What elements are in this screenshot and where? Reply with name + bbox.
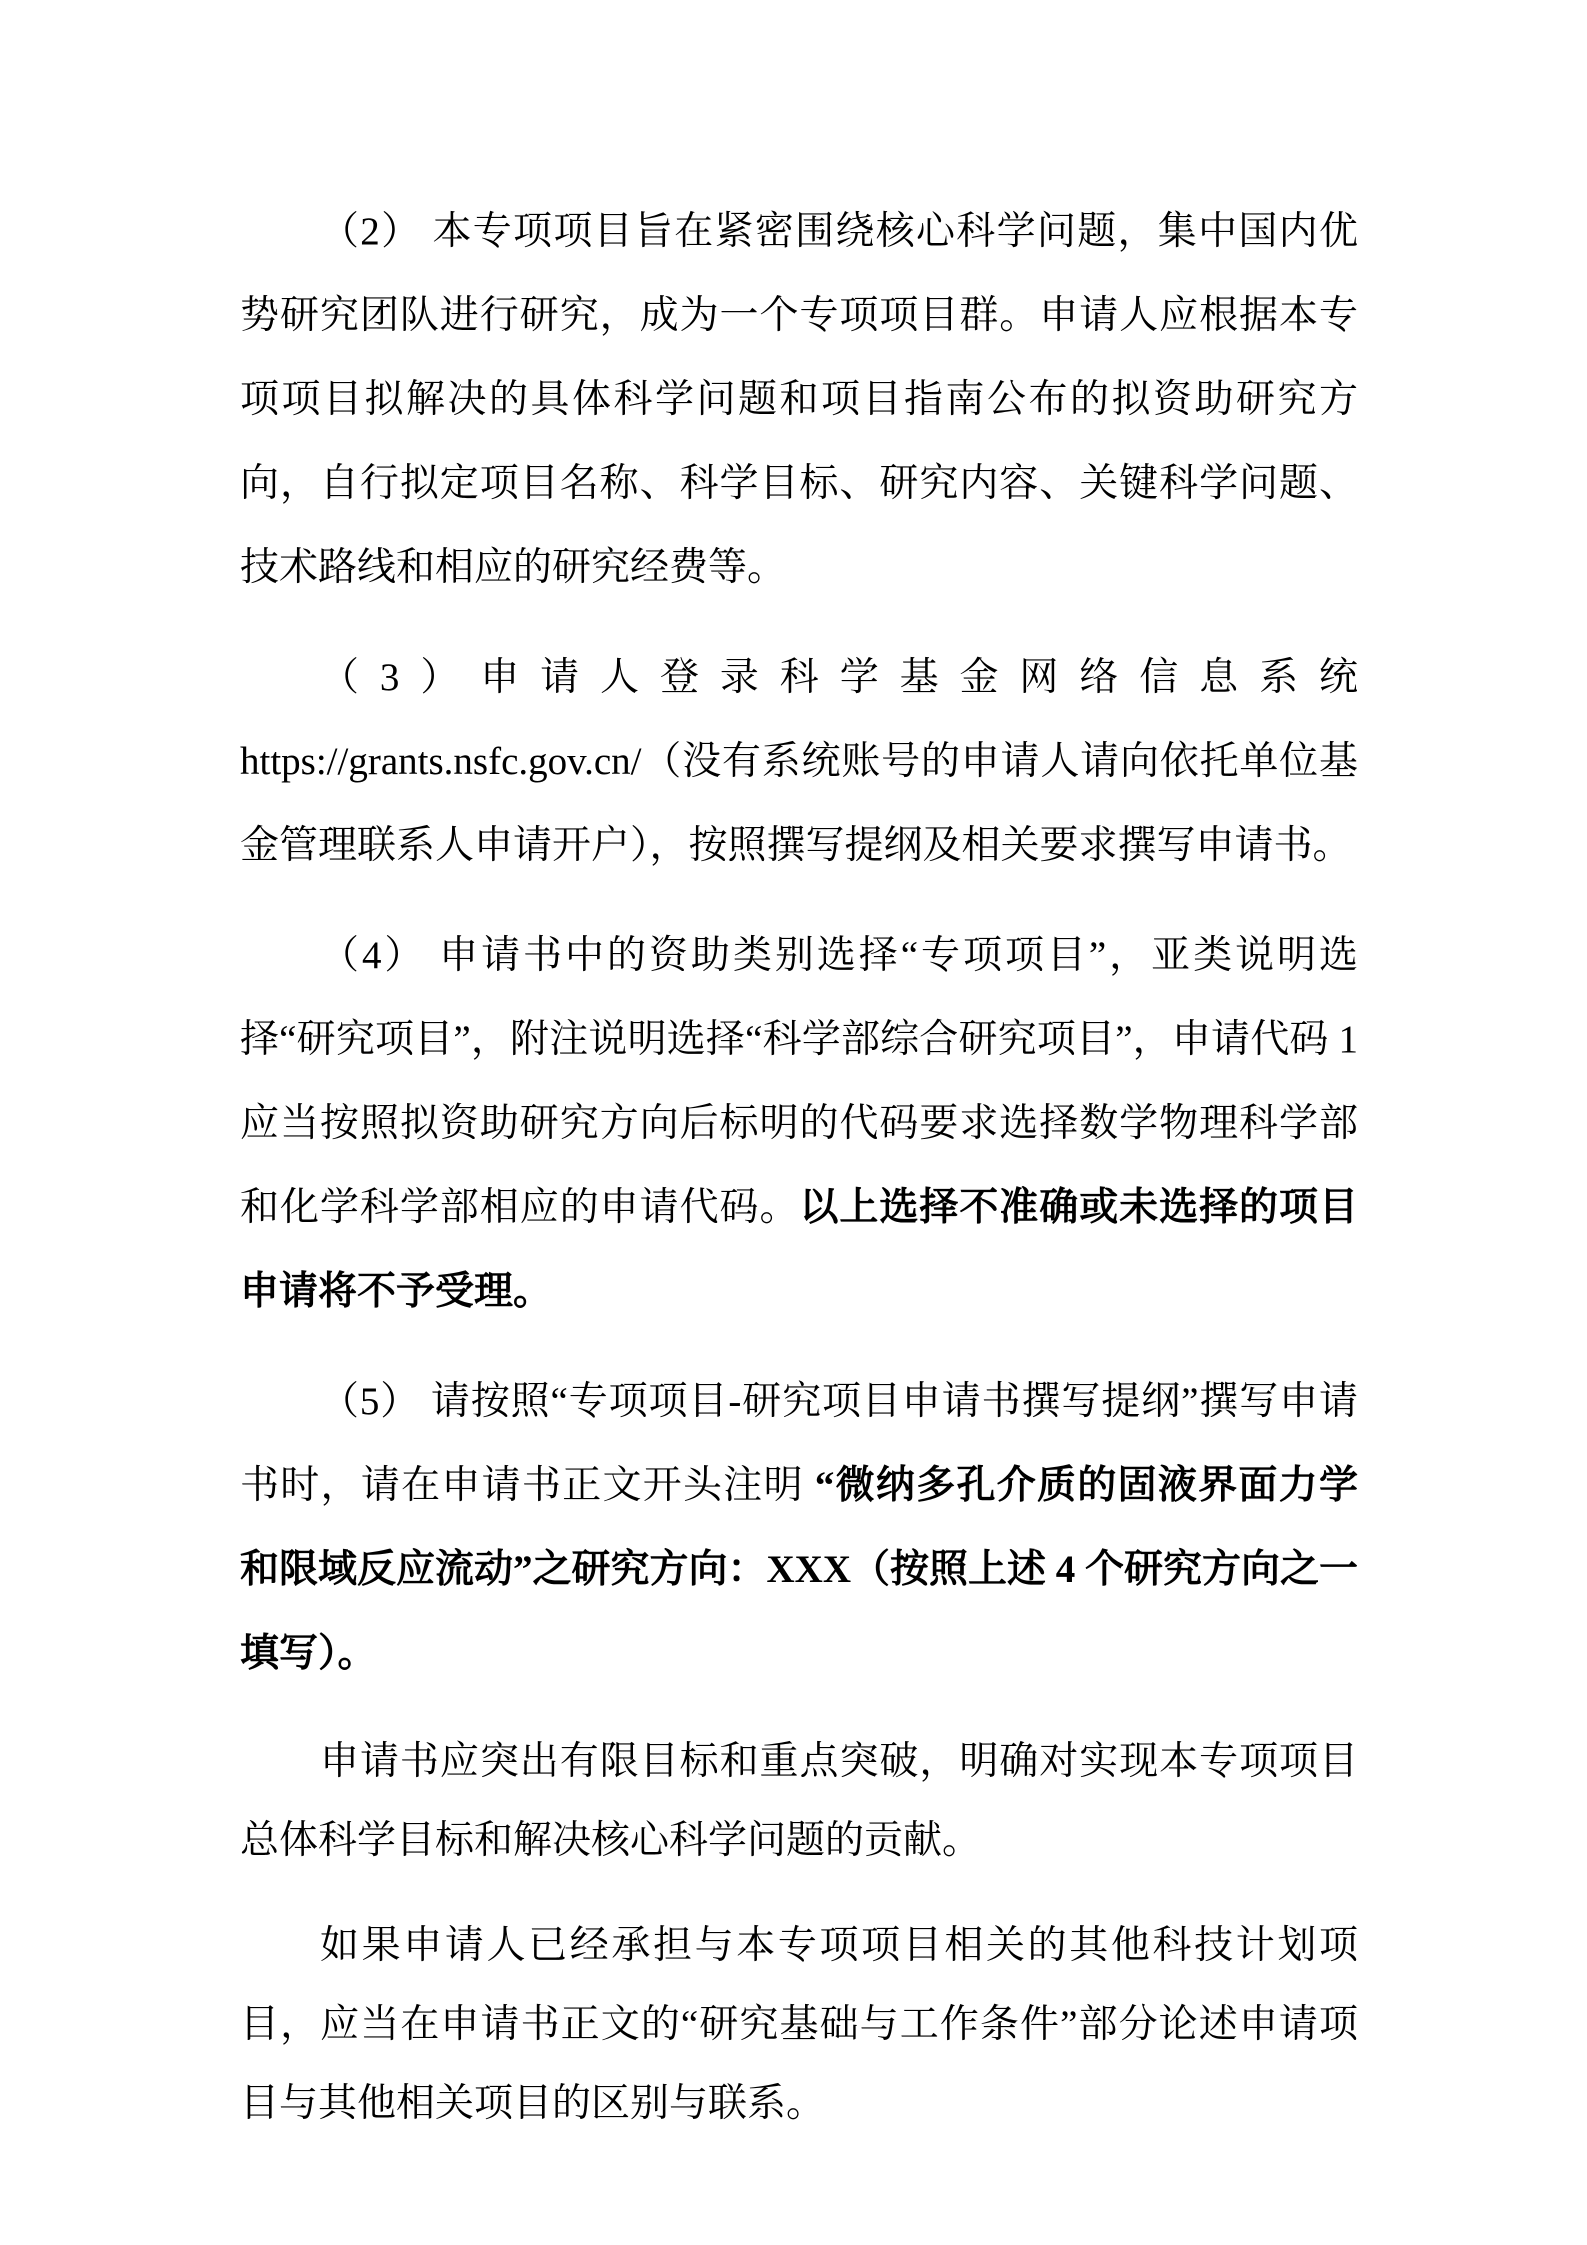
paragraph: （5） 请按照“专项项目-研究项目申请书撰写提纲”撰写申请书时，请在申请书正文开… bbox=[240, 1360, 1358, 1696]
text-run: 如果申请人已经承担与本专项项目相关的其他科技计划项目，应当在申请书正文的“研究基… bbox=[240, 1924, 1358, 2125]
document-content: （2） 本专项项目旨在紧密围绕核心科学问题，集中国内优势研究团队进行研究，成为一… bbox=[240, 190, 1358, 2143]
text-run: （4） 申请书中的资助类别选择“专项项目”，亚类说明选择“研究项目”，附注说明选… bbox=[240, 934, 1358, 1229]
paragraph: （3）申请人登录科学基金网络信息系统 https://grants.nsfc.g… bbox=[240, 636, 1358, 888]
paragraph: 如果申请人已经承担与本专项项目相关的其他科技计划项目，应当在申请书正文的“研究基… bbox=[240, 1906, 1358, 2143]
paragraph: （2） 本专项项目旨在紧密围绕核心科学问题，集中国内优势研究团队进行研究，成为一… bbox=[240, 190, 1358, 610]
paragraph: 申请书应突出有限目标和重点突破，明确对实现本专项项目总体科学目标和解决核心科学问… bbox=[240, 1722, 1358, 1880]
document-page: （2） 本专项项目旨在紧密围绕核心科学问题，集中国内优势研究团队进行研究，成为一… bbox=[0, 0, 1587, 2245]
text-run: 申请书应突出有限目标和重点突破，明确对实现本专项项目总体科学目标和解决核心科学问… bbox=[240, 1740, 1358, 1862]
paragraph: （4） 申请书中的资助类别选择“专项项目”，亚类说明选择“研究项目”，附注说明选… bbox=[240, 914, 1358, 1334]
text-run: （3）申请人登录科学基金网络信息系统 https://grants.nsfc.g… bbox=[240, 656, 1358, 867]
text-run: （2） 本专项项目旨在紧密围绕核心科学问题，集中国内优势研究团队进行研究，成为一… bbox=[240, 210, 1358, 589]
